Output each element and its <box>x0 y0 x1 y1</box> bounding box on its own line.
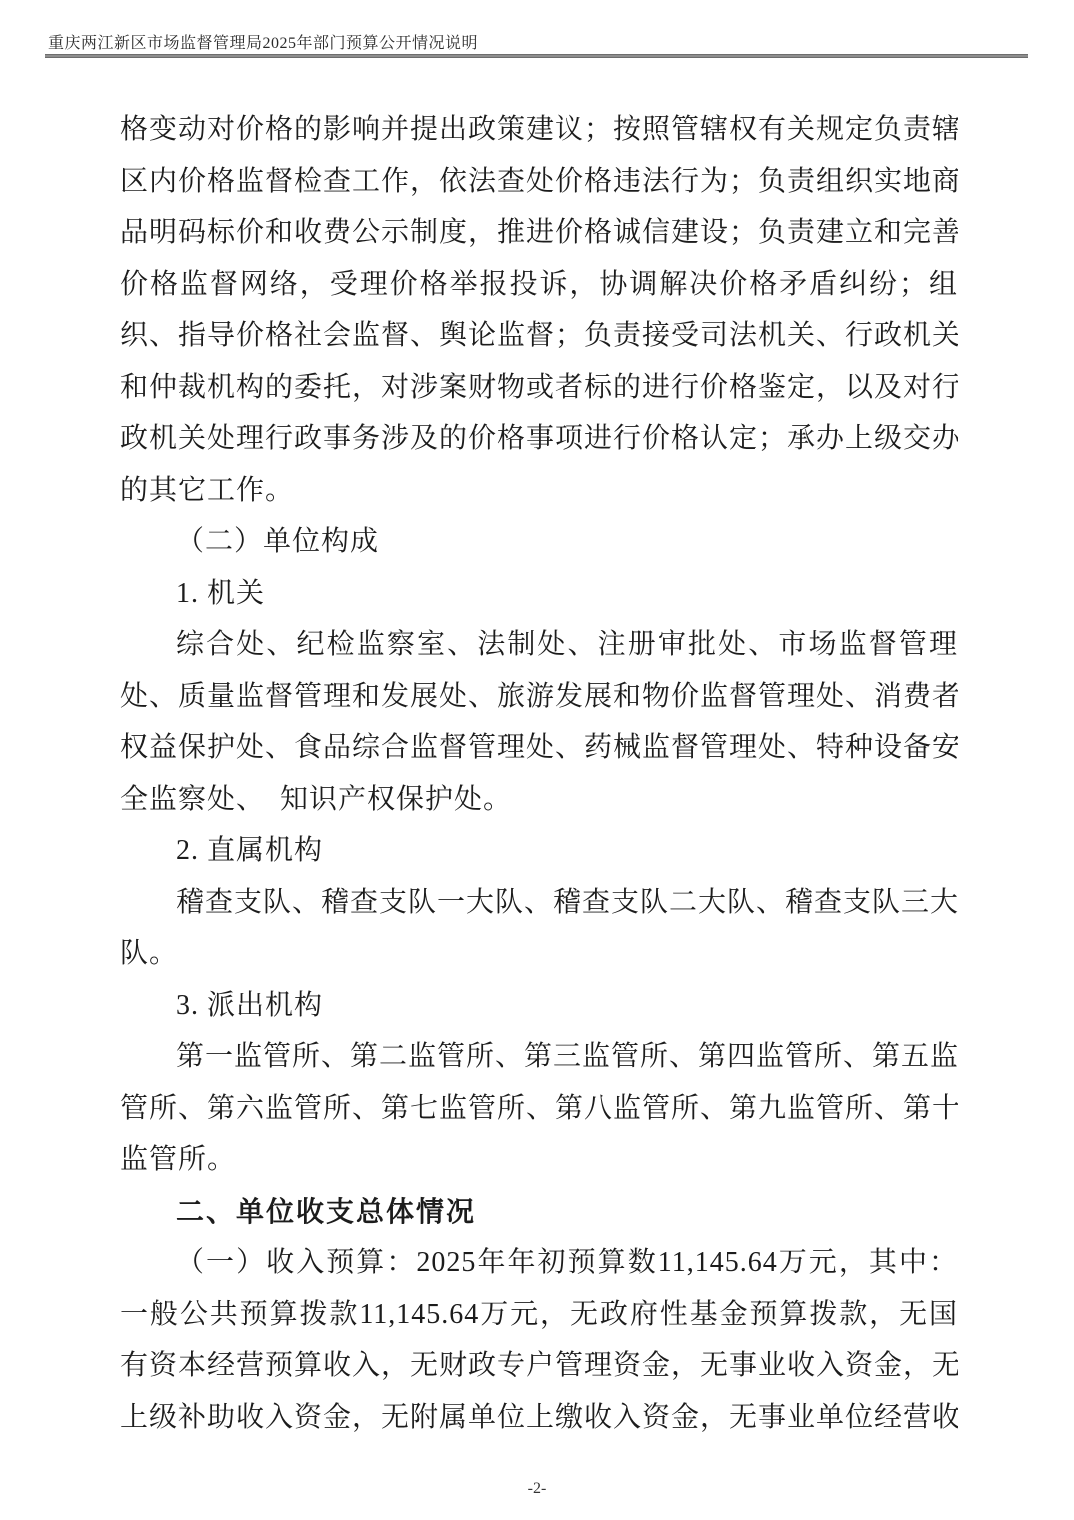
text-line: 队。 <box>120 928 958 980</box>
header-rule <box>45 54 1028 58</box>
paragraph: 1. 机关 <box>120 568 958 620</box>
text-line: 政机关处理行政事务涉及的价格事项进行价格认定；承办上级交办 <box>120 413 958 465</box>
text-line: 监管所。 <box>120 1134 958 1186</box>
paragraph: 3. 派出机构 <box>120 980 958 1032</box>
page: 重庆两江新区市场监督管理局2025年部门预算公开情况说明 格变动对价格的影响并提… <box>0 0 1074 1520</box>
text-line: （二）单位构成 <box>120 516 958 568</box>
text-line: 全监察处、 知识产权保护处。 <box>120 774 958 826</box>
text-line: 和仲裁机构的委托，对涉案财物或者标的进行价格鉴定，以及对行 <box>120 362 958 414</box>
text-line: （一）收入预算：2025年年初预算数11,145.64万元，其中： <box>120 1237 958 1289</box>
paragraph: 稽查支队、稽查支队一大队、稽查支队二大队、稽查支队三大队。 <box>120 877 958 980</box>
text-line: 权益保护处、食品综合监督管理处、药械监督管理处、特种设备安 <box>120 722 958 774</box>
text-line: 1. 机关 <box>120 568 958 620</box>
page-footer: -2- <box>0 1480 1074 1498</box>
text-line: 处、质量监督管理和发展处、旅游发展和物价监督管理处、消费者 <box>120 671 958 723</box>
text-line: 区内价格监督检查工作，依法查处价格违法行为；负责组织实地商 <box>120 156 958 208</box>
paragraph: 综合处、纪检监察室、法制处、注册审批处、市场监督管理处、质量监督管理和发展处、旅… <box>120 619 958 825</box>
text-line: 二、单位收支总体情况 <box>120 1186 958 1238</box>
text-line: 综合处、纪检监察室、法制处、注册审批处、市场监督管理 <box>120 619 958 671</box>
paragraph: （一）收入预算：2025年年初预算数11,145.64万元，其中：一般公共预算拨… <box>120 1237 958 1443</box>
text-line: 品明码标价和收费公示制度，推进价格诚信建设；负责建立和完善 <box>120 207 958 259</box>
text-line: 上级补助收入资金，无附属单位上缴收入资金，无事业单位经营收 <box>120 1392 958 1444</box>
text-line: 一般公共预算拨款11,145.64万元，无政府性基金预算拨款，无国 <box>120 1289 958 1341</box>
paragraph: 格变动对价格的影响并提出政策建议；按照管辖权有关规定负责辖区内价格监督检查工作，… <box>120 104 958 516</box>
document-body: 格变动对价格的影响并提出政策建议；按照管辖权有关规定负责辖区内价格监督检查工作，… <box>120 104 958 1443</box>
text-line: 织、指导价格社会监督、舆论监督；负责接受司法机关、行政机关 <box>120 310 958 362</box>
text-line: 价格监督网络，受理价格举报投诉，协调解决价格矛盾纠纷；组 <box>120 259 958 311</box>
paragraph: （二）单位构成 <box>120 516 958 568</box>
text-line: 格变动对价格的影响并提出政策建议；按照管辖权有关规定负责辖 <box>120 104 958 156</box>
paragraph: 2. 直属机构 <box>120 825 958 877</box>
text-line: 管所、第六监管所、第七监管所、第八监管所、第九监管所、第十 <box>120 1083 958 1135</box>
text-line: 3. 派出机构 <box>120 980 958 1032</box>
text-line: 2. 直属机构 <box>120 825 958 877</box>
text-line: 稽查支队、稽查支队一大队、稽查支队二大队、稽查支队三大 <box>120 877 958 929</box>
paragraph: 第一监管所、第二监管所、第三监管所、第四监管所、第五监管所、第六监管所、第七监管… <box>120 1031 958 1186</box>
text-line: 第一监管所、第二监管所、第三监管所、第四监管所、第五监 <box>120 1031 958 1083</box>
text-line: 的其它工作。 <box>120 465 958 517</box>
section-heading: 二、单位收支总体情况 <box>120 1186 958 1238</box>
header-title: 重庆两江新区市场监督管理局2025年部门预算公开情况说明 <box>48 30 478 53</box>
page-number: -2- <box>528 1480 547 1497</box>
text-line: 有资本经营预算收入，无财政专户管理资金，无事业收入资金，无 <box>120 1340 958 1392</box>
